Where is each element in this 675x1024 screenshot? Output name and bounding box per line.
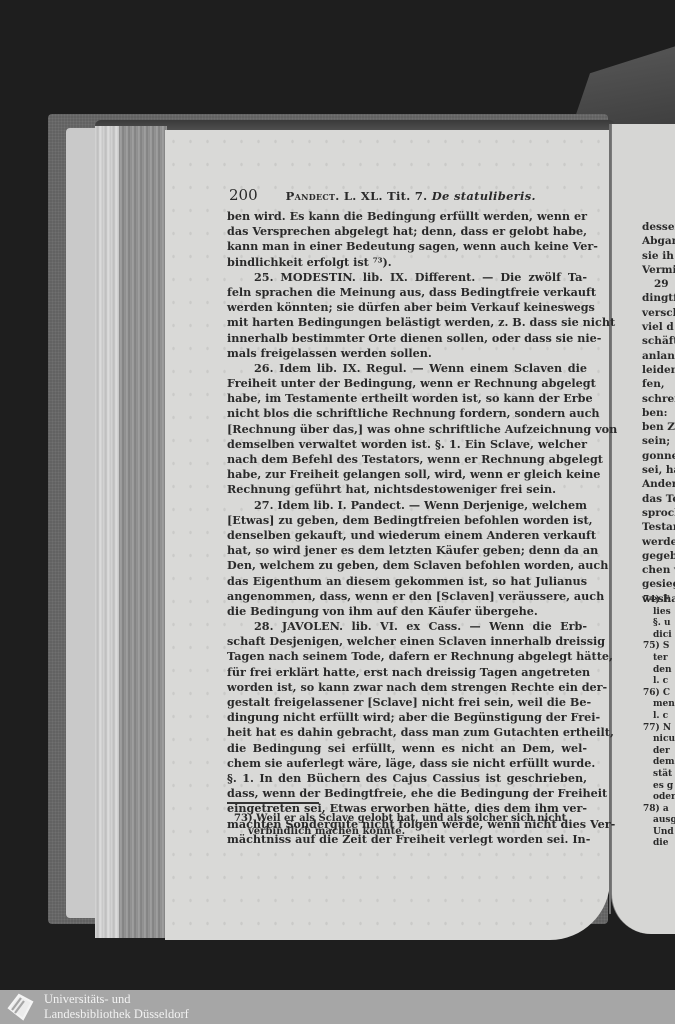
facing-text-line: sproche [642, 506, 675, 520]
running-head: Pandect. L. XL. Tit. 7. De statuliberis. [286, 189, 536, 203]
text-line: §. 1. In den Büchern des Cajus Cassius i… [227, 771, 587, 786]
text-line: werden könnten; sie dürfen aber beim Ver… [227, 300, 587, 315]
facing-page-text: dessenAbgansie ihVermi29dingtfrverschivi… [642, 220, 675, 606]
page-body: ben wird. Es kann die Bedingung erfüllt … [227, 209, 587, 847]
facing-text-line: sie ih [642, 249, 675, 263]
text-line: worden ist, so kann zwar nach dem streng… [227, 680, 587, 695]
text-line: angenommen, dass, wenn er den [Sclaven] … [227, 589, 587, 604]
facing-text-line: verschi [642, 306, 675, 320]
facing-text-line: schreib [642, 392, 675, 406]
facing-text-line: Andere [642, 477, 675, 491]
page-header: 200 Pandect. L. XL. Tit. 7. De statulibe… [229, 186, 589, 204]
text-line: Tagen nach seinem Tode, dafern er Rechnu… [227, 649, 587, 664]
text-line: gestalt freigelassener [Sclave] nicht fr… [227, 695, 587, 710]
text-line: 28. JAVOLEN. lib. VI. ex Cass. — Wenn di… [227, 619, 587, 634]
facing-text-line: sei, ha [642, 463, 675, 477]
facing-footnote-line: 75) S [643, 641, 675, 653]
facing-footnote-line: der [643, 746, 675, 758]
facing-footnote-line: oder [643, 792, 675, 804]
text-line: Rechnung geführt hat, nichtsdestoweniger… [227, 482, 587, 497]
facing-text-line: ben Z [642, 420, 675, 434]
facing-text-line: dingtfr [642, 291, 675, 305]
facing-footnote-line: dem [643, 757, 675, 769]
facing-footnote-line: stät [643, 769, 675, 781]
facing-footnote-line: es g [643, 781, 675, 793]
text-line: schaft Desjenigen, welcher einen Sclaven… [227, 634, 587, 649]
facing-footnote-line: 76) C [643, 688, 675, 700]
running-head-prefix: Pandect. [286, 189, 340, 203]
library-name-line1: Universitäts- und [44, 992, 189, 1007]
facing-text-line: viel d [642, 320, 675, 334]
facing-text-line: 29 [642, 277, 675, 291]
text-line: [Etwas] zu geben, dem Bedingtfreien befo… [227, 513, 587, 528]
facing-text-line: Vermi [642, 263, 675, 277]
facing-text-line: gonnen [642, 449, 675, 463]
text-line: mals freigelassen werden sollen. [227, 346, 587, 361]
facing-footnote-line: Und [643, 827, 675, 839]
facing-footnote-line: dici [643, 630, 675, 642]
text-line: 27. Idem lib. I. Pandect. — Wenn Derjeni… [227, 498, 587, 513]
text-line: die Bedingung sei erfüllt, wenn es nicht… [227, 741, 587, 756]
facing-text-line: chen v [642, 563, 675, 577]
facing-text-line: Testam [642, 520, 675, 534]
text-line: die Bedingung von ihm auf den Käufer übe… [227, 604, 587, 619]
uld-logo-icon [3, 990, 37, 1024]
text-line: dingung nicht erfüllt wird; aber die Beg… [227, 710, 587, 725]
running-head-subject: De statuliberis. [432, 189, 536, 203]
facing-text-line: werde, [642, 535, 675, 549]
footnote-73: 73) Weil er als Sclave gelobt hat, und a… [234, 812, 586, 838]
text-line: denselben gekauft, und wiederum einem An… [227, 528, 587, 543]
facing-footnote-line: 74) F [643, 595, 675, 607]
facing-footnote-line: l. c [643, 711, 675, 723]
running-head-book: L. XL. [344, 189, 383, 203]
text-line: feln sprachen die Meinung aus, dass Bedi… [227, 285, 587, 300]
text-line: 26. Idem lib. IX. Regul. — Wenn einem Sc… [227, 361, 587, 376]
facing-page-footnotes: 74) Flies§. udici75) Sterdenl. c76) Cmen… [643, 595, 675, 850]
text-line: ben wird. Es kann die Bedingung erfüllt … [227, 209, 587, 224]
facing-text-line: gegeben [642, 549, 675, 563]
text-line: kann man in einer Bedeutung sagen, wenn … [227, 239, 587, 254]
facing-footnote-line: men [643, 699, 675, 711]
text-line: heit hat es dahin gebracht, dass man zum… [227, 725, 587, 740]
text-line: Freiheit unter der Bedingung, wenn er Re… [227, 376, 587, 391]
facing-text-line: leiden [642, 363, 675, 377]
gutter [609, 124, 611, 914]
text-line: das Versprechen abgelegt hat; denn, dass… [227, 224, 587, 239]
facing-text-line: das Te [642, 492, 675, 506]
page-block-edges [95, 126, 167, 938]
text-line: hat, so wird jener es dem letzten Käufer… [227, 543, 587, 558]
library-footer: Universitäts- und Landesbibliothek Düsse… [0, 990, 675, 1024]
facing-text-line: schäfts [642, 334, 675, 348]
text-line: habe, zur Freiheit gelangen soll, wird, … [227, 467, 587, 482]
facing-footnote-line: ter [643, 653, 675, 665]
facing-text-line: Abgan [642, 234, 675, 248]
footnote-line: 73) Weil er als Sclave gelobt hat, und a… [234, 812, 586, 825]
text-line: habe, im Testamente ertheilt worden ist,… [227, 391, 587, 406]
library-name: Universitäts- und Landesbibliothek Düsse… [44, 992, 189, 1022]
footnote-line: verbindlich machen konnte. [234, 825, 586, 838]
text-line: mit harten Bedingungen belästigt werden,… [227, 315, 587, 330]
facing-text-line: fen, [642, 377, 675, 391]
text-line: Den, welchem zu geben, dem Sclaven befoh… [227, 558, 587, 573]
book-scan: 200 Pandect. L. XL. Tit. 7. De statulibe… [0, 0, 675, 990]
text-line: chem sie auferlegt wäre, läge, dass sie … [227, 756, 587, 771]
facing-text-line: dessen [642, 220, 675, 234]
text-line: dass, wenn der Bedingtfreie, ehe die Bed… [227, 786, 587, 801]
facing-footnote-line: l. c [643, 676, 675, 688]
facing-footnote-line: ausg [643, 815, 675, 827]
footnote-rule [227, 802, 319, 804]
text-line: bindlichkeit erfolgt ist ⁷³). [227, 255, 587, 270]
facing-footnote-line: §. u [643, 618, 675, 630]
text-line: innerhalb bestimmter Orte dienen sollen,… [227, 331, 587, 346]
facing-text-line: sein; [642, 434, 675, 448]
text-line: 25. MODESTIN. lib. IX. Different. — Die … [227, 270, 587, 285]
facing-text-line: ben: [642, 406, 675, 420]
facing-footnote-line: die [643, 838, 675, 850]
text-line: [Rechnung über das,] was ohne schriftlic… [227, 422, 587, 437]
text-line: für frei erklärt hatte, erst nach dreiss… [227, 665, 587, 680]
text-line: demselben verwaltet worden ist. §. 1. Ei… [227, 437, 587, 452]
facing-footnote-line: 78) a [643, 804, 675, 816]
running-head-title: Tit. 7. [387, 189, 427, 203]
library-name-line2: Landesbibliothek Düsseldorf [44, 1007, 189, 1022]
text-line: nicht blos die schriftliche Rechnung for… [227, 406, 587, 421]
text-line: nach dem Befehl des Testators, wenn er R… [227, 452, 587, 467]
facing-footnote-line: den [643, 665, 675, 677]
facing-footnote-line: lies [643, 607, 675, 619]
facing-footnote-line: 77) N [643, 723, 675, 735]
facing-text-line: anlang [642, 349, 675, 363]
facing-footnote-line: nicu [643, 734, 675, 746]
page-number: 200 [229, 186, 258, 204]
text-line: das Eigenthum an diesem gekommen ist, so… [227, 574, 587, 589]
facing-text-line: gesiegt [642, 577, 675, 591]
